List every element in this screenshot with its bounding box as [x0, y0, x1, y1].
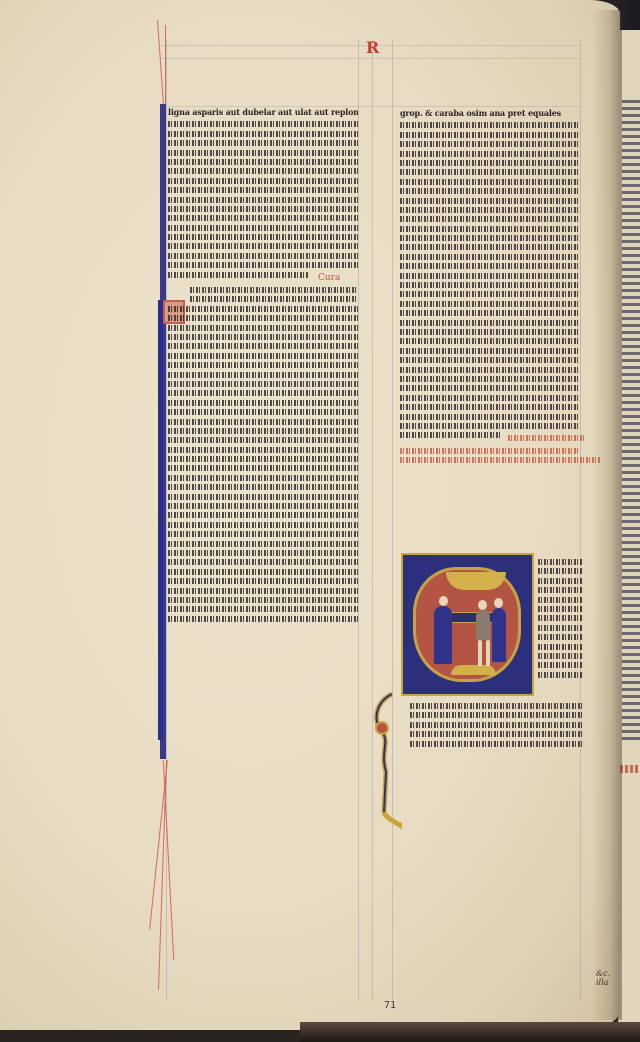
- text-line: [168, 343, 358, 349]
- attendant-head: [494, 598, 503, 608]
- line-with-rubric: Cura: [168, 272, 358, 284]
- text-line: [168, 306, 358, 312]
- text-line: [538, 606, 582, 612]
- text-line: [400, 395, 580, 401]
- ruling-line: [160, 58, 580, 59]
- page-number: 71: [384, 1000, 396, 1011]
- text-line: [400, 244, 580, 250]
- line-with-rubric: [400, 432, 580, 444]
- text-line: [168, 262, 358, 268]
- text-line: [168, 465, 358, 471]
- text-line: [168, 456, 358, 462]
- text-line: [400, 188, 580, 194]
- text-line: [400, 169, 580, 175]
- gutter-shadow: [592, 10, 622, 1020]
- text-line: [168, 334, 358, 340]
- text-line: [400, 414, 580, 420]
- text-line: [168, 550, 358, 556]
- text-line: [168, 541, 358, 547]
- text-after-initial: [410, 700, 582, 750]
- rubric-text: [400, 448, 580, 454]
- text-line: [410, 703, 582, 709]
- text-line: [400, 122, 580, 128]
- text-line: [400, 235, 580, 241]
- attendant-figure: [492, 608, 506, 662]
- text-line: [410, 722, 582, 728]
- physician-figure: [434, 606, 452, 664]
- text-line: [168, 616, 358, 622]
- text-line: [168, 447, 358, 453]
- text-line: [538, 587, 582, 593]
- patient-head: [478, 600, 487, 610]
- text-line: [168, 234, 358, 240]
- text-line: [168, 531, 358, 537]
- text-line: [168, 131, 358, 137]
- ruling-line: [580, 40, 581, 1000]
- text-line: [400, 320, 580, 326]
- text-line: [168, 225, 358, 231]
- text-line: [400, 376, 580, 382]
- text-line: [168, 475, 358, 481]
- text-line: [400, 404, 580, 410]
- ruling-line: [392, 40, 393, 1000]
- ruling-line: [358, 40, 359, 1000]
- text-line: [400, 357, 580, 363]
- text-line: [400, 367, 580, 373]
- historiated-initial: [401, 553, 534, 696]
- text-line: [400, 160, 580, 166]
- text-line: [538, 625, 582, 631]
- text-line: [168, 353, 358, 359]
- text-line: [168, 428, 358, 434]
- text-line: [400, 263, 580, 269]
- text-line: [538, 559, 582, 565]
- pen-flourish: [157, 20, 164, 105]
- text-line: [168, 569, 358, 575]
- text-line: [168, 206, 358, 212]
- running-head-letter: R: [366, 38, 379, 57]
- text-line: [538, 615, 582, 621]
- text-line: [168, 578, 358, 584]
- text-line: [168, 243, 358, 249]
- text-line: [168, 197, 358, 203]
- facing-page-rubric: [620, 765, 640, 773]
- text-line: [168, 168, 358, 174]
- physician-head: [439, 596, 448, 606]
- patient-leg: [486, 640, 490, 666]
- text-beside-initial: [538, 556, 582, 681]
- text-line: [400, 432, 500, 438]
- text-line: [538, 597, 582, 603]
- first-line: grop. & caraba osim ana pret equales: [400, 107, 580, 119]
- text-line: [400, 132, 580, 138]
- folio-page: R ligna asparis aut dubelar aut ulat aut…: [0, 0, 620, 1030]
- text-line: [168, 362, 358, 368]
- initial-stem: [158, 300, 163, 740]
- text-line: [168, 150, 358, 156]
- patient-figure: [476, 610, 490, 640]
- text-line: [168, 606, 358, 612]
- text-line: [538, 578, 582, 584]
- text-line: [168, 588, 358, 594]
- text-line: [168, 372, 358, 378]
- text-line: [400, 291, 580, 297]
- text-line: [168, 390, 358, 396]
- text-line: [400, 198, 580, 204]
- text-line: [400, 348, 580, 354]
- ruling-line: [372, 40, 373, 1000]
- facing-page-text: [622, 100, 640, 740]
- text-line: [168, 419, 358, 425]
- text-line: [168, 559, 358, 565]
- catchword: &c. illa: [596, 969, 620, 987]
- text-line: [400, 329, 580, 335]
- text-line: [400, 282, 580, 288]
- text-line: [400, 226, 580, 232]
- text-line: [168, 121, 358, 127]
- text-line: [400, 207, 580, 213]
- text-line: [168, 437, 358, 443]
- text-line: [400, 310, 580, 316]
- text-line: [410, 741, 582, 747]
- text-line: [538, 662, 582, 668]
- text-line: [400, 273, 580, 279]
- left-column: ligna asparis aut dubelar aut ulat aut r…: [168, 106, 358, 625]
- text-line: [168, 215, 358, 221]
- rubric-text: [508, 435, 584, 441]
- manuscript-viewer: R ligna asparis aut dubelar aut ulat aut…: [0, 0, 640, 1042]
- text-line: [400, 141, 580, 147]
- text-line: [168, 597, 358, 603]
- pen-flourish: [165, 25, 166, 105]
- text-line: [400, 216, 580, 222]
- initial-panel: [413, 567, 521, 682]
- text-line: [538, 644, 582, 650]
- text-line: [400, 338, 580, 344]
- text-line: [538, 653, 582, 659]
- text-line: [168, 272, 308, 278]
- text-line: [400, 423, 580, 429]
- text-line: [168, 159, 358, 165]
- text-line: [168, 400, 358, 406]
- rubric-marker: Cura: [318, 272, 340, 284]
- background-bottom: [300, 1022, 640, 1042]
- text-line: [400, 254, 580, 260]
- text-line: [538, 634, 582, 640]
- text-line: [168, 140, 358, 146]
- text-line: [400, 301, 580, 307]
- patient-leg: [478, 640, 482, 666]
- first-line: ligna asparis aut dubelar aut ulat aut r…: [168, 106, 358, 118]
- bed-figure: [448, 612, 498, 623]
- text-line: [538, 568, 582, 574]
- rubric-text: [400, 457, 600, 463]
- gilded-arch: [446, 572, 506, 590]
- text-line: [400, 385, 580, 391]
- text-line: [168, 315, 358, 321]
- text-line: [168, 381, 358, 387]
- text-line: [190, 287, 358, 293]
- gilded-base: [451, 665, 496, 675]
- text-line: [410, 712, 582, 718]
- initial-tail-flourish: [372, 692, 402, 832]
- text-line: [168, 512, 358, 518]
- text-line: [168, 253, 358, 259]
- text-line: [168, 494, 358, 500]
- text-line: [400, 151, 580, 157]
- text-line: [168, 187, 358, 193]
- text-line: [410, 731, 582, 737]
- text-line: [168, 503, 358, 509]
- text-line: [168, 484, 358, 490]
- text-line: [400, 179, 580, 185]
- text-line: [168, 522, 358, 528]
- text-line: [538, 672, 582, 678]
- text-line: [168, 409, 358, 415]
- text-line: [168, 178, 358, 184]
- text-line: [168, 325, 358, 331]
- right-column: grop. & caraba osim ana pret equales: [400, 107, 580, 466]
- text-line: [190, 296, 358, 302]
